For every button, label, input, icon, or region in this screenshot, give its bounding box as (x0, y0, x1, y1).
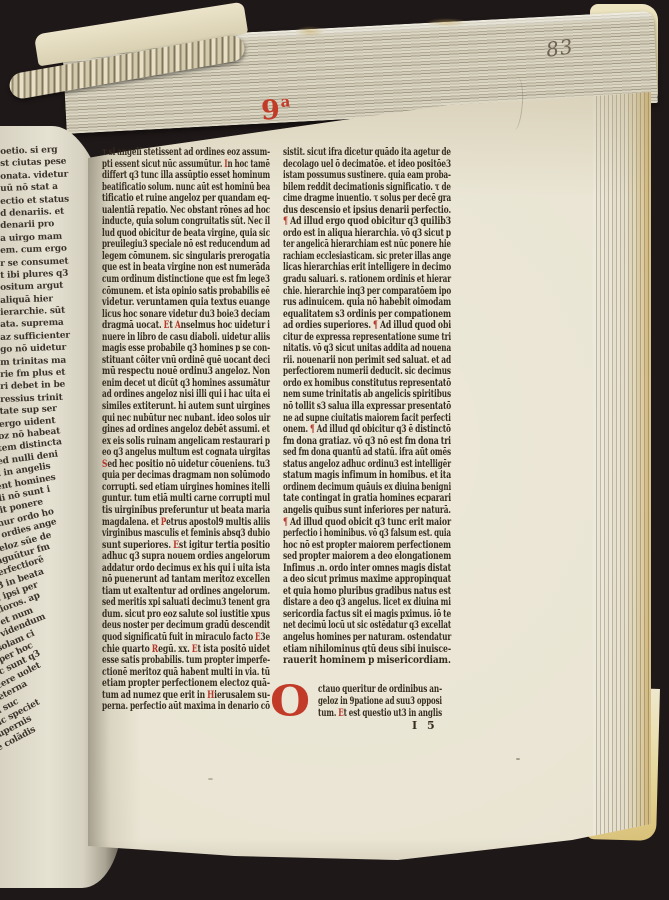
text-run: 3e (261, 632, 271, 643)
text-run: dum. sicut pro eoz salute sol iustitie x… (102, 609, 270, 620)
folio-digit: 9 (261, 95, 281, 127)
fore-edge (593, 92, 651, 875)
text-line: perfectio i hominibus. vō q3 falsum est.… (283, 528, 455, 540)
text-run: ctauo queritur de ordinibus an- (318, 684, 442, 695)
text-run: statum magis infimum in homibus. et ita (283, 470, 451, 481)
text-run: licus hoc sonare videtur du3 boie3 decia… (102, 309, 270, 320)
text-line: cum ordinum distinctione que est fm lege… (102, 274, 274, 286)
text-run: status angeloz adhuc ordinu3 est intelli… (283, 459, 451, 470)
text-run: qui nec nubūtur nec nubant. ideo solos u… (102, 413, 270, 424)
text-line: legem cōmunem. sic singularis prerogatia (102, 251, 274, 263)
text-line: videtur. veruntamen quia textus euange (102, 297, 274, 309)
rubric-mark: H (207, 690, 214, 701)
text-run: corrupti. sed etiam uirgines homines ite… (102, 482, 270, 493)
text-line: sed propter maiorem a deo elongationem (283, 551, 455, 563)
text-run: bilem reddit decimationis significatio. … (283, 182, 451, 193)
closing-paragraph: ctauo queritur de ordinibus an-geloz in … (318, 684, 450, 719)
text-column-right: sistit. sicut ifra dicetur quādo ita age… (283, 147, 455, 667)
text-run: ordo ex homibus constitutus representatō (283, 378, 451, 389)
text-line: que est in beata virgine non est numerād… (102, 262, 274, 274)
text-line: dragmā uocat. Et Anselmus hoc uidetur i (102, 320, 274, 332)
text-line: tiam ut exaltentur ad ordines angelorum. (102, 586, 274, 598)
text-line: rachiam ecclesiasticam. sic preter illas… (283, 251, 455, 263)
text-line: etiam nihilominus qtū deus sibi inuisce- (283, 644, 455, 656)
text-line: nem sume trinitatis ab angelicis spiriti… (283, 389, 455, 401)
text-line: ctauo queritur de ordinibus an- (318, 684, 450, 696)
text-line: chie. hierarchie inq3 per comparatōem ip… (283, 286, 455, 298)
text-run: chie. hierarchie inq3 per comparatōem ip… (283, 286, 451, 297)
text-line: ordinem decimum quāuis ex diuina benigni (283, 482, 455, 494)
text-line: tis uirginibus preferuntur ut beata mari… (102, 505, 274, 517)
text-run: ordo est in aliqua hierarchia. vō q3 sic… (283, 228, 451, 239)
text-line: ordo ex homibus constitutus representatō (283, 378, 455, 390)
text-run: Ad illud ergo quod obicitur q3 quilib3 (290, 216, 451, 227)
text-run: sericordia factus sit ei magis pximus. i… (283, 609, 451, 620)
text-line: adhuc q3 supra nouem ordies angelorum (102, 551, 274, 563)
text-run: ordinem decimum quāuis ex diuina benigni (283, 482, 451, 493)
text-run: virginibus masculis et feminis absq3 dub… (102, 528, 270, 539)
text-run: onem. (283, 424, 310, 435)
text-run: angelis quibus sunt inferiores per natur… (283, 505, 451, 516)
text-line: chie quarto Regū. xx. Et ista positō uid… (102, 644, 274, 656)
text-run: rachiam ecclesiasticam. sic preter illas… (283, 251, 451, 262)
text-line: ne ad supne ciuitatis maiorem facit perf… (283, 413, 455, 425)
text-line: lud quod obicitur de beata virgine, quia… (102, 228, 274, 240)
text-line: ordo est in aliqua hierarchia. vō q3 sic… (283, 228, 455, 240)
text-line: deus noster per decimum gradū descendit (102, 620, 274, 632)
text-run: nitatis. vō q3 sicut unitas addita ad no… (283, 343, 451, 354)
text-run: cum ordinum distinctione que est fm lege… (102, 274, 270, 285)
text-run: geloz in 9patione ad suu3 opposi (318, 696, 442, 707)
text-run: ualentiā repatio. Nec obstant rōnes ad h… (102, 205, 270, 216)
text-run: rus adinuicem. quia nō habebit oimodam (283, 297, 451, 308)
text-line: angelis quibus sunt inferiores per natur… (283, 505, 455, 517)
text-run: dus descensio et ipsius denarii perfecti… (283, 205, 451, 216)
text-run: nuere in libro de casu diaboli. uidetur … (102, 332, 270, 343)
text-line: net decimū locū ut sic ostēdatur q3 exce… (283, 620, 455, 632)
text-line: angelus homines per naturam. ostendatur (283, 632, 455, 644)
text-run: nō puenerunt ad tantam meritoz excellen (102, 574, 270, 585)
signature-mark: I 5 (412, 720, 438, 731)
text-line: esse satis probabilis. tum propter imper… (102, 655, 274, 667)
text-run: etiam propter perfectionem electoz quā- (102, 678, 270, 689)
text-run: equalitatem s3 ordinis per compationem (283, 309, 451, 320)
text-run: etiam nihilominus qtū deus sibi inuisce- (283, 644, 451, 655)
text-line: rus adinuicem. quia nō habebit oimodam (283, 297, 455, 309)
text-run: rauerit hominem p misericordiam. (283, 655, 451, 666)
text-run: tificatio et ruine angeloz per quandam e… (102, 193, 270, 204)
text-line: rauerit hominem p misericordiam. (283, 655, 455, 667)
text-run: sed fm dona quantū ad statū. ifra aūt om… (283, 447, 451, 458)
handwritten-folio-number: 83 (545, 36, 575, 60)
text-run: gines ad ordines angeloz debēt assumi. e… (102, 424, 270, 435)
text-run: perfectio i hominibus. vō q3 falsum est.… (283, 528, 451, 539)
text-run: magis esse probabile q3 homines p se con… (102, 343, 270, 354)
text-line: cōmunem. et ista opinio satis probabilis… (102, 286, 274, 298)
paper-speck (208, 778, 213, 780)
text-run: perna. perfectio aūt maxima in denario c… (102, 701, 270, 712)
text-line: sed fm dona quantū ad statū. ifra aūt om… (283, 447, 455, 459)
text-run: nselmus hoc uidetur i (181, 320, 270, 331)
text-line: addatur ordo decimus ex his qui i uita i… (102, 563, 274, 575)
text-line: qui nec nubūtur nec nubant. ideo solos u… (102, 413, 274, 425)
text-run: eo q3 angelus multum est cognata uirgita… (102, 447, 270, 458)
text-run: net decimū locū ut sic ostēdatur q3 exce… (283, 620, 451, 631)
text-line: nitatis. vō q3 sicut unitas addita ad no… (283, 343, 455, 355)
text-run: ad ordines angeloz nisi illi qui i hac u… (102, 389, 270, 400)
text-run: sed propter maiorem a deo elongationem (283, 551, 451, 562)
text-run: t est questio ut3 in anglis (344, 708, 442, 719)
text-line: tate contingat in gratia homines ecparar… (283, 493, 455, 505)
text-run: ctionē meritoz quā habent multi in via. … (102, 667, 270, 678)
text-run: cōmunem. et ista opinio satis probabilis… (102, 286, 270, 297)
drop-cap-initial: O (270, 680, 310, 722)
text-line: ad ordines angeloz nisi illi qui i hac u… (102, 389, 274, 401)
text-line: sunt superiores. Est igitur tertia posit… (102, 540, 274, 552)
text-line: distare a deo q3 angelus. licet ex diuin… (283, 597, 455, 609)
text-line: τ si angeli stetissent ad ordines eoz as… (102, 147, 274, 159)
text-line: tum ad numez que erit in Hierusalem su- (102, 690, 274, 702)
text-run: lud quod obicitur de beata virgine, quia… (102, 228, 270, 239)
text-line: ad ordies superiores. ¶ Ad illud quod ob… (283, 320, 455, 332)
text-run: nō tollit s3 salua illa expressar presen… (283, 401, 451, 412)
text-line: pti essent sicut nūc assumūtur. In hoc t… (102, 159, 274, 171)
text-run: tum. (318, 708, 338, 719)
text-line: dus descensio et ipsius denarii perfecti… (283, 205, 455, 217)
text-run: t ista positō uidet (198, 644, 271, 655)
text-line: perna. perfectio aūt maxima in denario c… (102, 701, 274, 713)
text-run: cime dragme inuentio. τ solus per decē g… (283, 193, 451, 204)
text-line: enim decet ut dicūt q3 homines assumātur (102, 378, 274, 390)
text-line: licus hoc sonare videtur du3 boie3 decia… (102, 309, 274, 321)
text-line: quod significatū fuit in miraculo facto … (102, 632, 274, 644)
text-line: etiam propter perfectionem electoz quā- (102, 678, 274, 690)
text-line: mū respectu nouē ordinu3 angeloz. Non (102, 366, 274, 378)
text-run: dragmā uocat. (102, 320, 164, 331)
text-line: sed meritis xpi saluati decimu3 tenent g… (102, 597, 274, 609)
rubric-mark: ¶ (283, 216, 290, 227)
text-run: videtur. veruntamen quia textus euange (102, 297, 270, 308)
text-line: ctionē meritoz quā habent multi in via. … (102, 667, 274, 679)
folio-superscript: a (280, 92, 290, 110)
text-run: sistit. sicut ifra dicetur quādo ita age… (283, 147, 451, 158)
text-run: gradu saluari. s. rationem ordinis et hi… (283, 274, 451, 285)
text-run: angelus homines per naturam. ostendatur (283, 632, 451, 643)
text-line: et quia homo pluribus gradibus natus est (283, 586, 455, 598)
text-line: Infimus .n. ordo inter omnes magis dista… (283, 563, 455, 575)
text-run: deus noster per decimum gradū descendit (102, 620, 270, 631)
text-line: ex eis solis ruinam angelicam restaurari… (102, 436, 274, 448)
text-line: sericordia factus sit ei magis pximus. i… (283, 609, 455, 621)
text-line: perfectiorem numerii deducit. sic decimu… (283, 366, 455, 378)
text-line: Sed hec positio nō uidetur cōueniens. tu… (102, 459, 274, 471)
text-run: fm dona gratiaz. vō q3 nō est fm dona tr… (283, 436, 451, 447)
text-run: esse satis probabilis. tum propter imper… (102, 655, 270, 666)
text-line: preuilegiu3 speciale nō est reducendum a… (102, 239, 274, 251)
printed-folio-number: 9a (261, 94, 292, 124)
book-photo: oetio. si ergst ciutas peseonata. videtu… (0, 0, 669, 900)
text-line: cime dragme inuentio. τ solus per decē g… (283, 193, 455, 205)
text-line: sistit. sicut ifra dicetur quādo ita age… (283, 147, 455, 159)
text-run: ter angelicā hierarchiam est nūc ponere … (283, 239, 451, 250)
text-run: mū respectu nouē ordinu3 angeloz. Non (102, 366, 270, 377)
text-run: tate contingat in gratia homines ecparar… (283, 493, 451, 504)
text-run: ad ordies superiores. (283, 320, 373, 331)
text-line: tificatio et ruine angeloz per quandam e… (102, 193, 274, 205)
text-run: Ad illud quod obicit q3 tunc erit maior (290, 517, 451, 528)
text-line: geloz in 9patione ad suu3 opposi (318, 696, 450, 708)
text-line: corrupti. sed etiam uirgines homines ite… (102, 482, 274, 494)
text-run: differt q3 tunc illa assūptio esset homi… (102, 170, 270, 181)
text-line: gines ad ordines angeloz debēt assumi. e… (102, 424, 274, 436)
text-line: nō puenerunt ad tantam meritoz excellen (102, 574, 274, 586)
text-line: a deo sicut primus maxime appropinquat (283, 574, 455, 586)
text-line: ter angelicā hierarchiam est nūc ponere … (283, 239, 455, 251)
text-line: dum. sicut pro eoz salute sol iustitie x… (102, 609, 274, 621)
text-line: citur de expressa representatione sume t… (283, 332, 455, 344)
facing-page-fragments: oetio. si ergst ciutas peseonata. videtu… (0, 146, 74, 753)
text-run: egū. xx. (158, 644, 192, 655)
text-line: stituant cōiter vnū ordinē quē uocant de… (102, 355, 274, 367)
text-line: licas hierarchias erit intelligere in de… (283, 262, 455, 274)
text-run: quia per decimas dragmam non solūmodo (102, 470, 270, 481)
text-line: magis esse probabile q3 homines p se con… (102, 343, 274, 355)
paper-speck (516, 758, 520, 760)
text-line: status angeloz adhuc ordinu3 est intelli… (283, 459, 455, 471)
text-line: bilem reddit decimationis significatio. … (283, 182, 455, 194)
text-run: Ad illud qd obicitur q3 ē distinctō (317, 424, 451, 435)
text-run: guntur. tum etiā multi carne corrupti mu… (102, 493, 270, 504)
text-line: differt q3 tunc illa assūptio esset homi… (102, 170, 274, 182)
text-run: adhuc q3 supra nouem ordies angelorum (102, 551, 270, 562)
text-run: ierusalem su- (214, 690, 270, 701)
text-line: hoc nō est propter maiorem perfectionem (283, 540, 455, 552)
text-run: istam possumus sustinere. quia eam proba… (283, 170, 451, 181)
text-run: perfectiorem numerii deducit. sic decimu… (283, 366, 451, 377)
text-line: similes extiterunt. hi autem sunt uirgin… (102, 401, 274, 413)
text-run: chie quarto (102, 644, 152, 655)
text-run: magdalena. et (102, 517, 161, 528)
text-column-left: τ si angeli stetissent ad ordines eoz as… (102, 147, 274, 713)
text-line: nō tollit s3 salua illa expressar presen… (283, 401, 455, 413)
text-line: magdalena. et Petrus apostol9 multis ali… (102, 517, 274, 529)
text-line: equalitatem s3 ordinis per compationem (283, 309, 455, 321)
text-run: sunt superiores. (102, 540, 173, 551)
text-run: tum ad numez que erit in (102, 690, 207, 701)
text-line: istam possumus sustinere. quia eam proba… (283, 170, 455, 182)
text-line: statum magis infimum in homibus. et ita (283, 470, 455, 482)
text-run: tis uirginibus preferuntur ut beata mari… (102, 505, 270, 516)
paper-stain (295, 26, 325, 37)
text-line: tum. Et est questio ut3 in anglis (318, 708, 450, 720)
text-run: distare a deo q3 angelus. licet ex diuin… (283, 597, 451, 608)
text-run: Infimus .n. ordo inter omnes magis dista… (283, 563, 451, 574)
text-run: ne ad supne ciuitatis maiorem facit perf… (283, 413, 451, 424)
text-run: licas hierarchias erit intelligere in de… (283, 262, 451, 273)
text-run: tiam ut exaltentur ad ordines angelorum. (102, 586, 270, 597)
text-line: virginibus masculis et feminis absq3 dub… (102, 528, 274, 540)
text-run: citur de expressa representatione sume t… (283, 332, 451, 343)
text-run: similes extiterunt. hi autem sunt uirgin… (102, 401, 270, 412)
text-run: sed meritis xpi saluati decimu3 tenent g… (102, 597, 270, 608)
text-run: etrus apostol9 multis aliis (166, 517, 270, 528)
text-line: guntur. tum etiā multi carne corrupti mu… (102, 493, 274, 505)
text-run: decolago uel ō decimatōe. et ideo positō… (283, 159, 451, 170)
text-run: hoc nō est propter maiorem perfectionem (283, 540, 451, 551)
text-run: st igitur tertia positio (179, 540, 270, 551)
text-run: τ si angeli stetissent ad ordines eoz as… (102, 147, 270, 158)
text-line: ualentiā repatio. Nec obstant rōnes ad h… (102, 205, 274, 217)
text-run: que est in beata virgine non est numerād… (102, 262, 270, 273)
text-run: quod significatū fuit in miraculo facto (102, 632, 255, 643)
text-run: stituant cōiter vnū ordinē quē uocant de… (102, 355, 270, 366)
text-line: quia per decimas dragmam non solūmodo (102, 470, 274, 482)
text-run: legem cōmunem. sic singularis prerogatia (102, 251, 270, 262)
text-run: et quia homo pluribus gradibus natus est (283, 586, 451, 597)
text-run: ed hec positio nō uidetur cōueniens. tu3 (107, 459, 270, 470)
text-line: ¶ Ad illud ergo quod obicitur q3 quilib3 (283, 216, 455, 228)
paper-stain (425, 18, 469, 27)
text-run: rii. nouenarii non perimit sed saluat. e… (283, 355, 451, 366)
text-line: eo q3 angelus multum est cognata uirgita… (102, 447, 274, 459)
text-line: ¶ Ad illud quod obicit q3 tunc erit maio… (283, 517, 455, 529)
text-line: fm dona gratiaz. vō q3 nō est fm dona tr… (283, 436, 455, 448)
text-run: Ad illud quod obi (380, 320, 451, 331)
text-run: ex eis solis ruinam angelicam restaurari… (102, 436, 270, 447)
text-run: nem sume trinitatis ab angelicis spiriti… (283, 389, 451, 400)
text-run: a deo sicut primus maxime appropinquat (283, 574, 451, 585)
rubric-mark: ¶ (283, 517, 290, 528)
rubric-mark: ¶ (373, 320, 380, 331)
text-line: beatificatio solum. nunc aūt est hominū … (102, 182, 274, 194)
text-run: inducte, quia solum congruitatis sūt. Ne… (102, 216, 270, 227)
text-line: onem. ¶ Ad illud qd obicitur q3 ē distin… (283, 424, 455, 436)
text-line: rii. nouenarii non perimit sed saluat. e… (283, 355, 455, 367)
text-line: nuere in libro de casu diaboli. uidetur … (102, 332, 274, 344)
text-line: decolago uel ō decimatōe. et ideo positō… (283, 159, 455, 171)
text-run: beatificatio solum. nunc aūt est hominū … (102, 182, 270, 193)
text-run: preuilegiu3 speciale nō est reducendum a… (102, 239, 270, 250)
text-run: n hoc tamē (227, 159, 269, 170)
text-run: addatur ordo decimus ex his qui i uita i… (102, 563, 270, 574)
text-line: inducte, quia solum congruitatis sūt. Ne… (102, 216, 274, 228)
text-line: gradu saluari. s. rationem ordinis et hi… (283, 274, 455, 286)
text-run: pti essent sicut nūc assumūtur. (102, 159, 224, 170)
text-run: enim decet ut dicūt q3 homines assumātur (102, 378, 270, 389)
